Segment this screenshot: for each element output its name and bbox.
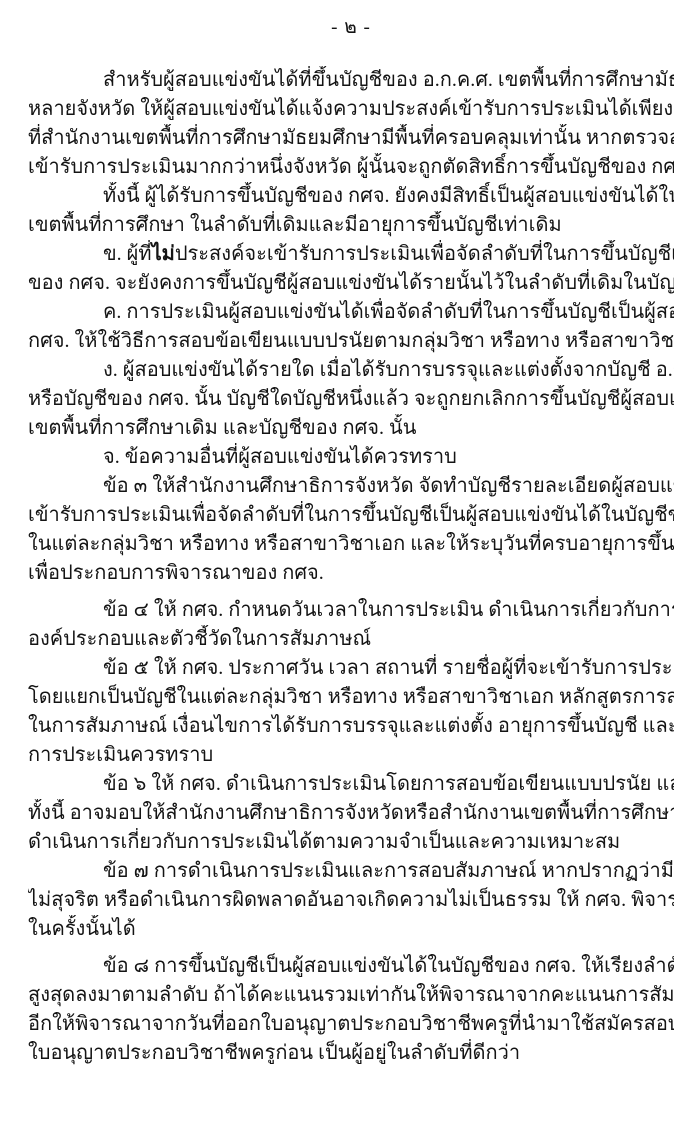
emphasized-text: ไม่: [152, 243, 175, 265]
text-line: ในแต่ละกลุ่มวิชา หรือทาง หรือสาขาวิชาเอก…: [28, 530, 674, 559]
text-line: หลายจังหวัด ให้ผู้สอบแข่งขันได้แจ้งความป…: [28, 95, 674, 124]
text-line: เขตพื้นที่การศึกษา ในลำดับที่เดิมและมีอา…: [28, 211, 674, 240]
para-multi-province-notice: สำหรับผู้สอบแข่งขันได้ที่ขึ้นบัญชีของ อ.…: [28, 66, 674, 182]
clause-8: ข้อ ๘ การขึ้นบัญชีเป็นผู้สอบแข่งขันได้ใน…: [28, 952, 674, 1068]
clause-7: ข้อ ๗ การดำเนินการประเมินและการสอบสัมภาษ…: [28, 857, 674, 944]
text-line: เข้ารับการประเมินมากกว่าหนึ่งจังหวัด ผู้…: [28, 153, 674, 182]
text-line: อีกให้พิจารณาจากวันที่ออกใบอนุญาตประกอบว…: [28, 1010, 674, 1039]
text-line: ข้อ ๕ ให้ กศจ. ประกาศวัน เวลา สถานที่ รา…: [28, 654, 674, 683]
clause-5: ข้อ ๕ ให้ กศจ. ประกาศวัน เวลา สถานที่ รา…: [28, 654, 674, 770]
text-line: ข้อ ๗ การดำเนินการประเมินและการสอบสัมภาษ…: [28, 857, 674, 886]
text-line: ข้อ ๔ ให้ กศจ. กำหนดวันเวลาในการประเมิน …: [28, 596, 674, 625]
text-line: ข้อ ๓ ให้สำนักงานศึกษาธิการจังหวัด จัดทำ…: [28, 472, 674, 501]
item-kho: ข. ผู้ที่ไม่ประสงค์จะเข้ารับการประเมินเพ…: [28, 240, 674, 298]
text-line: จ. ข้อความอื่นที่ผู้สอบแข่งขันได้ควรทราบ: [28, 443, 674, 472]
page-number: - ๒ -: [28, 16, 674, 40]
clause-3: ข้อ ๓ ให้สำนักงานศึกษาธิการจังหวัด จัดทำ…: [28, 472, 674, 588]
text-line: ข้อ ๘ การขึ้นบัญชีเป็นผู้สอบแข่งขันได้ใน…: [28, 952, 674, 981]
clause-6: ข้อ ๖ ให้ กศจ. ดำเนินการประเมินโดยการสอบ…: [28, 770, 674, 857]
text-line: ง. ผู้สอบแข่งขันได้รายใด เมื่อได้รับการบ…: [28, 356, 674, 385]
text-line: สำหรับผู้สอบแข่งขันได้ที่ขึ้นบัญชีของ อ.…: [28, 66, 674, 95]
text-line: ในการสัมภาษณ์ เงื่อนไขการได้รับการบรรจุแ…: [28, 712, 674, 741]
text-run: ประสงค์จะเข้ารับการประเมินเพื่อจัดลำดับท…: [175, 243, 674, 265]
text-line: หรือบัญชีของ กศจ. นั้น บัญชีใดบัญชีหนึ่ง…: [28, 385, 674, 414]
text-line: โดยแยกเป็นบัญชีในแต่ละกลุ่มวิชา หรือทาง …: [28, 683, 674, 712]
text-line: ของ กศจ. จะยังคงการขึ้นบัญชีผู้สอบแข่งขั…: [28, 269, 674, 298]
item-kho-khwai: ค. การประเมินผู้สอบแข่งขันได้เพื่อจัดลำด…: [28, 298, 674, 356]
text-line: ในครั้งนั้นได้: [28, 915, 674, 944]
text-line: ไม่สุจริต หรือดำเนินการผิดพลาดอันอาจเกิด…: [28, 886, 674, 915]
text-line: เพื่อประกอบการพิจารณาของ กศจ.: [28, 559, 674, 588]
text-line: ข้อ ๖ ให้ กศจ. ดำเนินการประเมินโดยการสอบ…: [28, 770, 674, 799]
clause-4: ข้อ ๔ ให้ กศจ. กำหนดวันเวลาในการประเมิน …: [28, 596, 674, 654]
text-run: ข. ผู้ที่: [103, 243, 152, 265]
text-line: ดำเนินการเกี่ยวกับการประเมินได้ตามความจำ…: [28, 828, 674, 857]
text-line: ข. ผู้ที่ไม่ประสงค์จะเข้ารับการประเมินเพ…: [28, 240, 674, 269]
item-cho: จ. ข้อความอื่นที่ผู้สอบแข่งขันได้ควรทราบ: [28, 443, 674, 472]
text-line: กศจ. ให้ใช้วิธีการสอบข้อเขียนแบบปรนัยตาม…: [28, 327, 674, 356]
para-retain-rights: ทั้งนี้ ผู้ได้รับการขึ้นบัญชีของ กศจ. ยั…: [28, 182, 674, 240]
text-line: เข้ารับการประเมินเพื่อจัดลำดับที่ในการขึ…: [28, 501, 674, 530]
text-line: เขตพื้นที่การศึกษาเดิม และบัญชีของ กศจ. …: [28, 414, 674, 443]
text-line: ค. การประเมินผู้สอบแข่งขันได้เพื่อจัดลำด…: [28, 298, 674, 327]
text-line: ที่สำนักงานเขตพื้นที่การศึกษามัธยมศึกษาม…: [28, 124, 674, 153]
document-page: - ๒ - สำหรับผู้สอบแข่งขันได้ที่ขึ้นบัญชี…: [0, 0, 700, 1125]
item-ngo: ง. ผู้สอบแข่งขันได้รายใด เมื่อได้รับการบ…: [28, 356, 674, 443]
document-body: สำหรับผู้สอบแข่งขันได้ที่ขึ้นบัญชีของ อ.…: [28, 66, 674, 1068]
text-line: ทั้งนี้ ผู้ได้รับการขึ้นบัญชีของ กศจ. ยั…: [28, 182, 674, 211]
text-line: การประเมินควรทราบ: [28, 741, 674, 770]
text-line: สูงสุดลงมาตามลำดับ ถ้าได้คะแนนรวมเท่ากัน…: [28, 981, 674, 1010]
text-line: องค์ประกอบและตัวชี้วัดในการสัมภาษณ์: [28, 625, 674, 654]
text-line: ทั้งนี้ อาจมอบให้สำนักงานศึกษาธิการจังหว…: [28, 799, 674, 828]
text-line: ใบอนุญาตประกอบวิชาชีพครูก่อน เป็นผู้อยู่…: [28, 1039, 674, 1068]
